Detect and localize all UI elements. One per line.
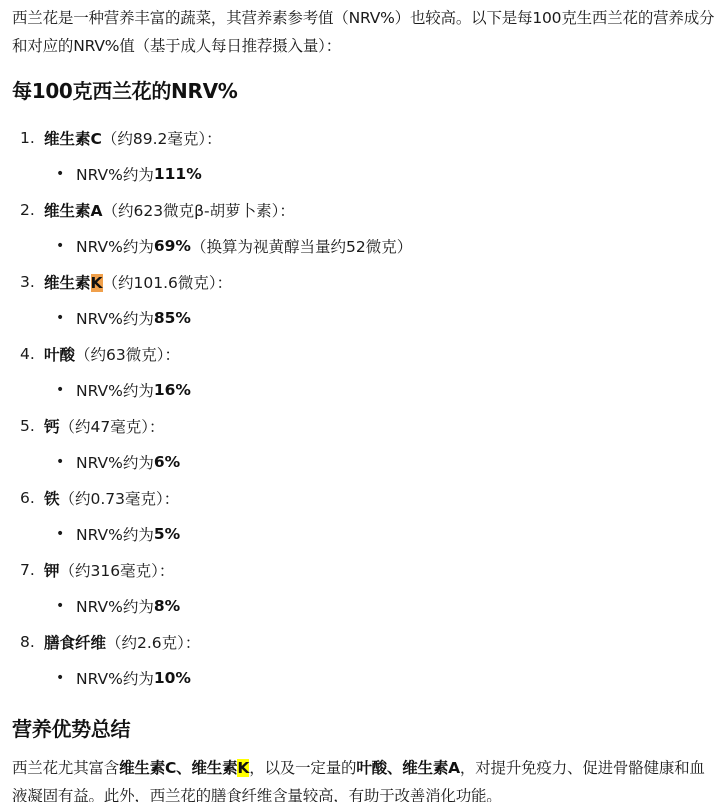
bullet-icon: • bbox=[56, 238, 76, 254]
nutrient-amount: （约63微克）： bbox=[75, 343, 180, 365]
nrv-value: 10% bbox=[154, 669, 191, 687]
nrv-value: 69% bbox=[154, 237, 191, 255]
section-title-nrv: 每100克西兰花的NRV% bbox=[12, 76, 728, 106]
nutrient-name: 维生素C bbox=[44, 127, 102, 149]
search-highlight: K bbox=[237, 759, 249, 777]
summary-text: 西兰花尤其富含 bbox=[12, 759, 119, 777]
nutrient-item: 8. 膳食纤维 （约2.6克）： • NRV%约为 10% bbox=[12, 624, 728, 696]
item-number: 3. bbox=[12, 273, 44, 291]
nrv-value: 85% bbox=[154, 309, 191, 327]
nrv-label: NRV%约为 bbox=[76, 667, 154, 689]
item-number: 1. bbox=[12, 129, 44, 147]
nutrient-item: 4. 叶酸 （约63微克）： • NRV%约为 16% bbox=[12, 336, 728, 408]
nutrient-amount: （约47毫克）： bbox=[60, 415, 165, 437]
nutrient-amount: （约89.2毫克）： bbox=[102, 127, 222, 149]
intro-paragraph: 西兰花是一种营养丰富的蔬菜，其营养素参考值（NRV%）也较高。以下是每100克生… bbox=[12, 4, 720, 60]
nrv-label: NRV%约为 bbox=[76, 235, 154, 257]
nutrient-name: 铁 bbox=[44, 487, 60, 509]
item-number: 7. bbox=[12, 561, 44, 579]
section-title-summary: 营养优势总结 bbox=[12, 714, 728, 744]
nutrient-list: 1. 维生素C （约89.2毫克）： • NRV%约为 111% 2. 维生素A… bbox=[12, 120, 728, 696]
nutrient-item: 1. 维生素C （约89.2毫克）： • NRV%约为 111% bbox=[12, 120, 728, 192]
nutrient-amount: （约623微克β-胡萝卜素）： bbox=[103, 199, 295, 221]
summary-bold: 叶酸、维生素A bbox=[356, 759, 460, 777]
item-number: 2. bbox=[12, 201, 44, 219]
bullet-icon: • bbox=[56, 454, 76, 470]
nrv-value: 111% bbox=[154, 165, 202, 183]
nrv-label: NRV%约为 bbox=[76, 163, 154, 185]
nutrient-name: 钙 bbox=[44, 415, 60, 437]
nutrient-item: 3. 维生素K （约101.6微克）： • NRV%约为 85% bbox=[12, 264, 728, 336]
nrv-value: 8% bbox=[154, 597, 180, 615]
summary-text: ，以及一定量的 bbox=[249, 759, 356, 777]
nrv-label: NRV%约为 bbox=[76, 523, 154, 545]
search-highlight: K bbox=[91, 274, 103, 292]
nutrient-amount: （约101.6微克）： bbox=[103, 271, 233, 293]
bullet-icon: • bbox=[56, 382, 76, 398]
nrv-value: 5% bbox=[154, 525, 180, 543]
document: 西兰花是一种营养丰富的蔬菜，其营养素参考值（NRV%）也较高。以下是每100克生… bbox=[0, 0, 728, 802]
nrv-value: 6% bbox=[154, 453, 180, 471]
nrv-value: 16% bbox=[154, 381, 191, 399]
nutrient-name: 维生素A bbox=[44, 199, 103, 221]
bullet-icon: • bbox=[56, 670, 76, 686]
nutrient-amount: （约316毫克）： bbox=[60, 559, 175, 581]
nutrient-name: 膳食纤维 bbox=[44, 631, 106, 653]
nrv-label: NRV%约为 bbox=[76, 379, 154, 401]
bullet-icon: • bbox=[56, 526, 76, 542]
nutrient-name-prefix: 维生素 bbox=[44, 274, 91, 292]
item-number: 6. bbox=[12, 489, 44, 507]
nrv-label: NRV%约为 bbox=[76, 451, 154, 473]
item-number: 8. bbox=[12, 633, 44, 651]
nrv-note: （换算为视黄醇当量约52微克） bbox=[191, 235, 412, 257]
summary-paragraph: 西兰花尤其富含维生素C、维生素K，以及一定量的叶酸、维生素A，对提升免疫力、促进… bbox=[12, 754, 720, 802]
nrv-label: NRV%约为 bbox=[76, 307, 154, 329]
nutrient-name: 叶酸 bbox=[44, 343, 75, 365]
item-number: 5. bbox=[12, 417, 44, 435]
bullet-icon: • bbox=[56, 598, 76, 614]
nutrient-item: 2. 维生素A （约623微克β-胡萝卜素）： • NRV%约为 69% （换算… bbox=[12, 192, 728, 264]
item-number: 4. bbox=[12, 345, 44, 363]
nutrient-item: 5. 钙 （约47毫克）： • NRV%约为 6% bbox=[12, 408, 728, 480]
nutrient-amount: （约2.6克）： bbox=[106, 631, 200, 653]
nutrient-name: 维生素K bbox=[44, 271, 103, 293]
nutrient-amount: （约0.73毫克）： bbox=[60, 487, 180, 509]
bullet-icon: • bbox=[56, 166, 76, 182]
summary-bold: 维生素C、维生素 bbox=[119, 759, 237, 777]
nrv-label: NRV%约为 bbox=[76, 595, 154, 617]
bullet-icon: • bbox=[56, 310, 76, 326]
nutrient-item: 6. 铁 （约0.73毫克）： • NRV%约为 5% bbox=[12, 480, 728, 552]
nutrient-item: 7. 钾 （约316毫克）： • NRV%约为 8% bbox=[12, 552, 728, 624]
nutrient-name: 钾 bbox=[44, 559, 60, 581]
